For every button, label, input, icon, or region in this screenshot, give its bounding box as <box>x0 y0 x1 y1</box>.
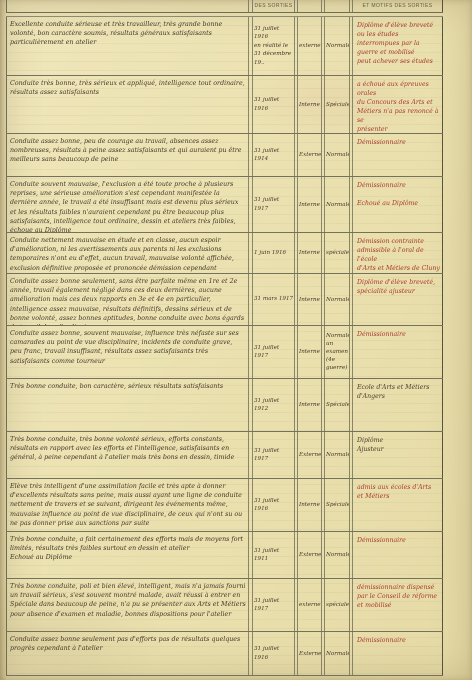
regime-cell: Interne <box>297 326 321 378</box>
regime-cell: Interne <box>297 233 321 273</box>
section-cell: spéciale <box>324 233 349 273</box>
regime-cell: Externe <box>297 432 321 478</box>
observation-cell: Conduite très bonne, très sérieux et app… <box>6 76 248 133</box>
exit-motive-cell: a échoué aux épreuves orales du Concours… <box>352 76 443 133</box>
observation-cell: Conduite assez bonne seulement pas d'eff… <box>6 632 248 675</box>
observation-cell: Très bonne conduite, a fait certainement… <box>6 532 248 578</box>
exit-date-cell: 31 juillet 1916 <box>252 479 294 531</box>
section-cell: spéciale <box>324 579 349 631</box>
section-cell: Normale <box>324 134 349 176</box>
header-section-cell <box>324 0 349 12</box>
section-cell: Normale un examen (4e guerre) <box>324 326 349 378</box>
observation-cell: Très bonne conduite, poli et bien élevé,… <box>6 579 248 631</box>
exit-date-cell: 31 juillet 1917 <box>252 579 294 631</box>
register-row: Conduite assez bonne seulement pas d'eff… <box>6 632 443 676</box>
exit-motive-cell: admis aux écoles d'Arts et Métiers <box>352 479 443 531</box>
observation-cell: Excellente conduite sérieuse et très tra… <box>6 17 248 75</box>
section-cell: Normale <box>324 532 349 578</box>
section-cell: Normale <box>324 177 349 232</box>
exit-date-cell: 31 juillet 1917 <box>252 326 294 378</box>
section-cell: Normale <box>324 432 349 478</box>
exit-motive-cell: Démissionnaire <box>352 532 443 578</box>
register-row: Très bonne conduite, bon caractère, séri… <box>6 379 443 432</box>
observation-cell: Elève très intelligent d'une assimilatio… <box>6 479 248 531</box>
exit-date-cell: 31 juillet 1911 <box>252 532 294 578</box>
exit-motive-cell: Démissionnaire <box>352 632 443 675</box>
regime-cell: Externe <box>297 632 321 675</box>
regime-cell: Interne <box>297 379 321 431</box>
observation-cell: Très bonne conduite, bon caractère, séri… <box>6 379 248 431</box>
exit-motive-cell: Diplôme d'élève breveté ou les études in… <box>352 17 443 75</box>
exit-date-cell: 31 juillet 1916 <box>252 76 294 133</box>
header-exit-motives: ET MOTIFS DES SORTIES <box>352 0 443 12</box>
table-header-row: DES SORTIES ET MOTIFS DES SORTIES <box>6 0 443 13</box>
register-row: Conduite assez bonne seulement, sans êtr… <box>6 274 443 326</box>
regime-cell: Interne <box>297 479 321 531</box>
regime-cell: externe <box>297 17 321 75</box>
exit-date-cell: 31 mars 1917 <box>252 274 294 325</box>
header-regime-cell <box>297 0 321 12</box>
observation-cell: Conduite nettement mauvaise en étude et … <box>6 233 248 273</box>
regime-cell: Externe <box>297 134 321 176</box>
exit-motive-cell: Démissionnaire Echoué au Diplôme <box>352 177 443 232</box>
section-cell: Spéciale <box>324 479 349 531</box>
section-cell: Normale <box>324 274 349 325</box>
observation-cell: Conduite assez bonne, peu de courage au … <box>6 134 248 176</box>
register-row: Très bonne conduite, poli et bien élevé,… <box>6 579 443 632</box>
register-row: Elève très intelligent d'une assimilatio… <box>6 479 443 532</box>
observation-cell: Conduite assez bonne, souvent mauvaise, … <box>6 326 248 378</box>
regime-cell: Externe <box>297 532 321 578</box>
section-cell: Normale <box>324 17 349 75</box>
exit-motive-cell: démissionnaire dispensé par le Conseil d… <box>352 579 443 631</box>
exit-date-cell: 31 juillet 1916 <box>252 632 294 675</box>
header-observations-cell <box>6 0 248 12</box>
regime-cell: Interne <box>297 274 321 325</box>
section-cell: Normale <box>324 632 349 675</box>
register-row: Conduite souvent mauvaise, l'exclusion a… <box>6 177 443 233</box>
register-page: DES SORTIES ET MOTIFS DES SORTIES Excell… <box>0 0 472 680</box>
exit-date-cell: 1 juin 1916 <box>252 233 294 273</box>
register-row: Conduite assez bonne, souvent mauvaise, … <box>6 326 443 379</box>
register-rows: Excellente conduite sérieuse et très tra… <box>6 17 443 676</box>
observation-cell: Conduite souvent mauvaise, l'exclusion a… <box>6 177 248 232</box>
regime-cell: externe <box>297 579 321 631</box>
observation-cell: Conduite assez bonne seulement, sans êtr… <box>6 274 248 325</box>
exit-date-cell: 31 juillet 1917 <box>252 177 294 232</box>
register-table: DES SORTIES ET MOTIFS DES SORTIES Excell… <box>6 0 443 676</box>
exit-date-cell: 31 juillet 1914 <box>252 134 294 176</box>
observation-cell: Très bonne conduite, très bonne volonté … <box>6 432 248 478</box>
regime-cell: Interne <box>297 76 321 133</box>
page-right-margin <box>444 0 472 680</box>
exit-motive-cell: Diplôme d'élève breveté, spécialité ajus… <box>352 274 443 325</box>
register-row: Très bonne conduite, a fait certainement… <box>6 532 443 579</box>
header-exit-dates: DES SORTIES <box>252 0 294 12</box>
section-cell: Spéciale <box>324 379 349 431</box>
exit-date-cell: 31 juillet 1916 en réalité le 31 décembr… <box>252 17 294 75</box>
regime-cell: Interne <box>297 177 321 232</box>
register-row: Conduite très bonne, très sérieux et app… <box>6 76 443 134</box>
exit-motive-cell: Démission contrainte admissible à l'oral… <box>352 233 443 273</box>
exit-motive-cell: Démissionnaire <box>352 326 443 378</box>
exit-date-cell: 31 juillet 1917 <box>252 432 294 478</box>
register-row: Très bonne conduite, très bonne volonté … <box>6 432 443 479</box>
exit-motive-cell: Démissionnaire <box>352 134 443 176</box>
register-row: Excellente conduite sérieuse et très tra… <box>6 17 443 76</box>
register-row: Conduite assez bonne, peu de courage au … <box>6 134 443 177</box>
exit-motive-cell: Ecole d'Arts et Métiers d'Angers <box>352 379 443 431</box>
section-cell: Spéciale <box>324 76 349 133</box>
exit-motive-cell: Diplôme Ajusteur <box>352 432 443 478</box>
register-row: Conduite nettement mauvaise en étude et … <box>6 233 443 274</box>
exit-date-cell: 31 juillet 1912 <box>252 379 294 431</box>
